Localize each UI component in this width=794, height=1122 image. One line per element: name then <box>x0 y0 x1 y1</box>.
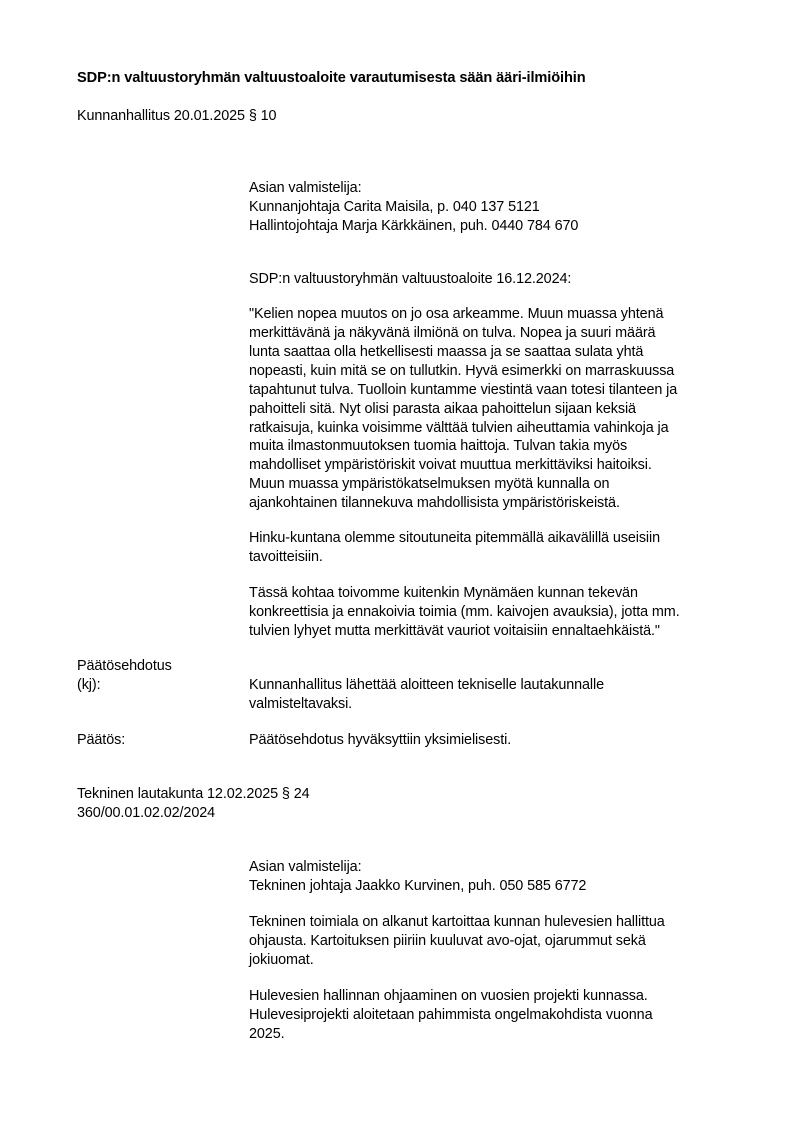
body-line: 2025. <box>249 1025 285 1044</box>
preparer-line: Hallintojohtaja Marja Kärkkäinen, puh. 0… <box>249 217 578 236</box>
quote-line: Muun muassa ympäristökatselmuksen myötä … <box>249 475 609 494</box>
quote-line: lunta saattaa olla hetkellisesti maassa … <box>249 343 643 362</box>
quote-line: "Kelien nopea muutos on jo osa arkeamme.… <box>249 305 663 324</box>
preparer-label: Asian valmistelija: <box>249 179 361 198</box>
decision-label: Päätös: <box>77 731 125 750</box>
body-line: ohjausta. Kartoituksen piiriin kuuluvat … <box>249 932 646 951</box>
proposal-text: valmisteltavaksi. <box>249 695 352 714</box>
quote-line: tapahtunut tulva. Tuolloin kuntamme vies… <box>249 381 677 400</box>
proposal-text: Kunnanhallitus lähettää aloitteen teknis… <box>249 676 604 695</box>
document-title: SDP:n valtuustoryhmän valtuustoaloite va… <box>77 69 586 88</box>
body-line: jokiuomat. <box>249 951 314 970</box>
body-line: Hulevesien hallinnan ohjaaminen on vuosi… <box>249 987 648 1006</box>
meeting-heading-tekninen-lautakunta: Tekninen lautakunta 12.02.2025 § 24 <box>77 785 310 804</box>
quote-line: ratkaisuja, kuinka voisimme välttää tulv… <box>249 419 669 438</box>
quote-line: pahoitteli sitä. Nyt olisi parasta aikaa… <box>249 400 636 419</box>
quote-line: tavoitteisiin. <box>249 548 323 567</box>
quote-line: muita ilmastonmuutoksen tuomia haittoja.… <box>249 437 627 456</box>
quote-line: mahdolliset ympäristöriskit voivat muutt… <box>249 456 652 475</box>
record-number: 360/00.01.02.02/2024 <box>77 804 215 823</box>
body-line: Tekninen toimiala on alkanut kartoittaa … <box>249 913 665 932</box>
quote-line: ajankohtainen tilannekuva mahdollisista … <box>249 494 620 513</box>
quote-line: konkreettisia ja ennakoivia toimia (mm. … <box>249 603 680 622</box>
meeting-heading-kunnanhallitus: Kunnanhallitus 20.01.2025 § 10 <box>77 107 276 126</box>
preparer-line: Kunnanjohtaja Carita Maisila, p. 040 137… <box>249 198 540 217</box>
quote-line: nopeasti, kuin mitä se on tullutkin. Hyv… <box>249 362 674 381</box>
preparer-line: Tekninen johtaja Jaakko Kurvinen, puh. 0… <box>249 877 586 896</box>
quote-line: tulvien lyhyet mutta merkittävät vauriot… <box>249 622 660 641</box>
preparer-label: Asian valmistelija: <box>249 858 361 877</box>
body-line: Hulevesiprojekti aloitetaan pahimmista o… <box>249 1006 652 1025</box>
quote-line: Hinku-kuntana olemme sitoutuneita pitemm… <box>249 529 660 548</box>
quote-line: Tässä kohtaa toivomme kuitenkin Mynämäen… <box>249 584 638 603</box>
initiative-heading: SDP:n valtuustoryhmän valtuustoaloite 16… <box>249 270 571 289</box>
quote-line: merkittävänä ja näkyvänä ilmiönä on tulv… <box>249 324 655 343</box>
proposal-label: Päätösehdotus <box>77 657 172 676</box>
decision-text: Päätösehdotus hyväksyttiin yksimielisest… <box>249 731 511 750</box>
document-page: SDP:n valtuustoryhmän valtuustoaloite va… <box>0 0 794 1122</box>
proposal-label-suffix: (kj): <box>77 676 100 695</box>
